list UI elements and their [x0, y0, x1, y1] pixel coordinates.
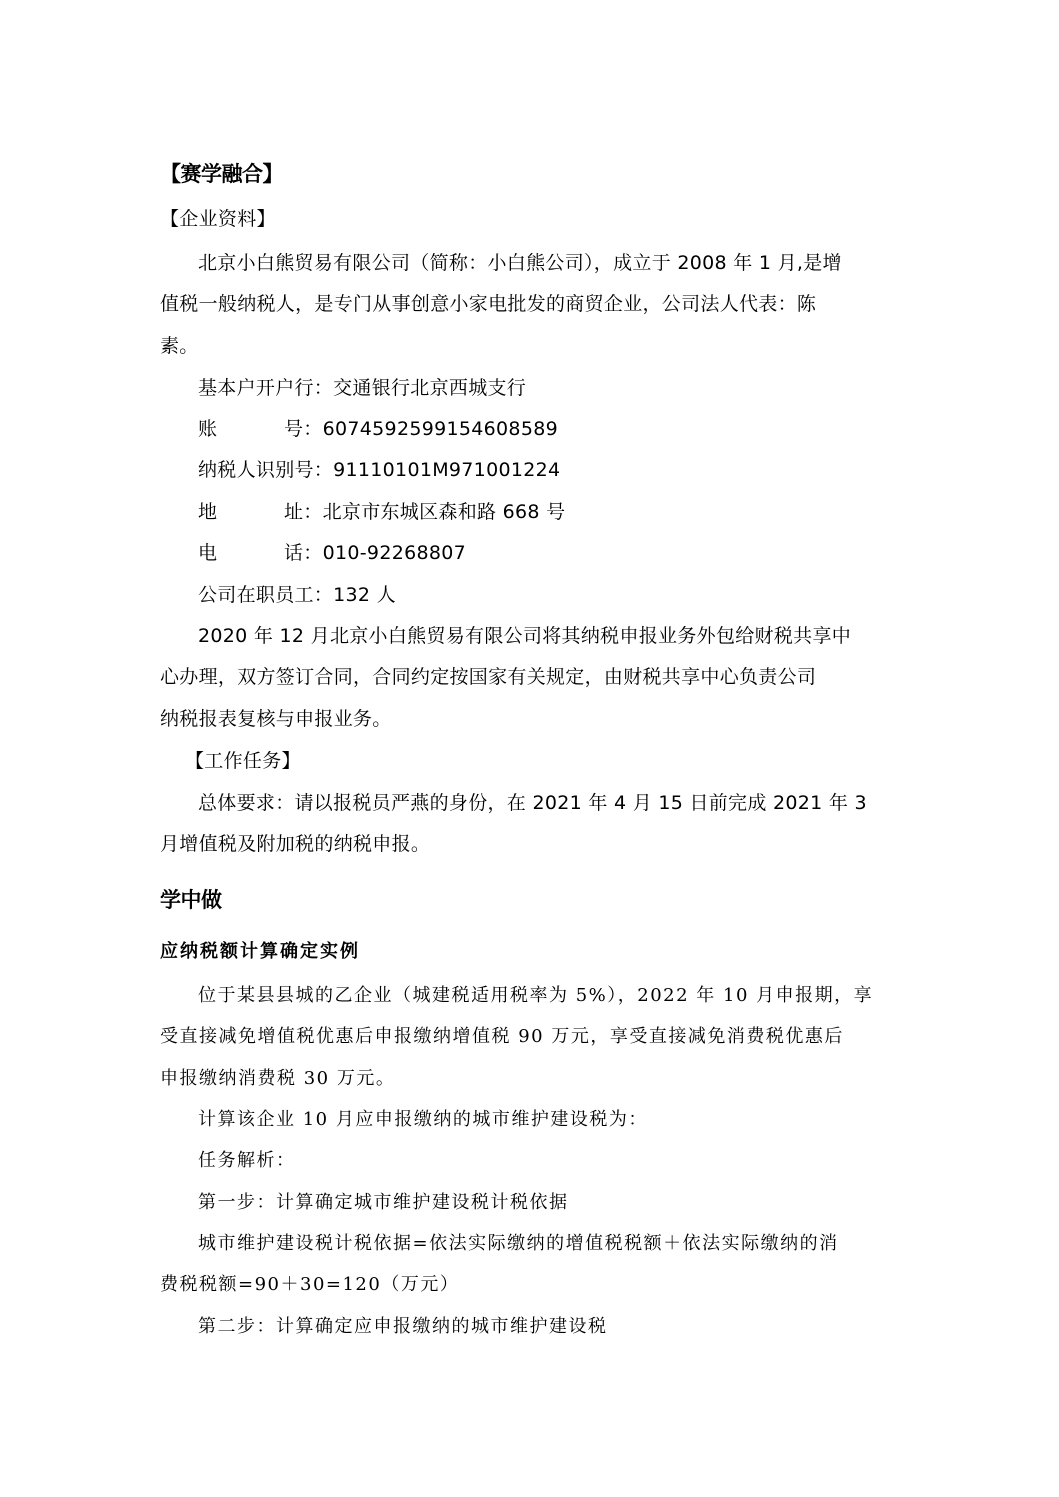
section-title-learn-by-doing: 学中做	[160, 888, 900, 912]
phone-field: 电话：010-92268807	[198, 541, 938, 565]
outsourcing-line-2: 心办理，双方签订合同，合同约定按国家有关规定，由财税共享中心负责公司	[160, 665, 900, 689]
account-field: 账号：6074592599154608589	[198, 417, 938, 441]
task-line-1: 总体要求：请以报税员严燕的身份，在 2021 年 4 月 15 日前完成 202…	[198, 791, 938, 815]
bank-value: 交通银行北京西城支行	[333, 377, 526, 399]
step-2: 第二步：计算确定应申报缴纳的城市维护建设税	[198, 1315, 938, 1339]
phone-label-a: 电	[198, 541, 284, 565]
formula-line-2: 费税税额=90＋30=120（万元）	[160, 1273, 900, 1297]
account-label-a: 账	[198, 417, 284, 441]
staff-value: 132 人	[333, 584, 396, 606]
staff-label: 公司在职员工：	[198, 584, 333, 606]
taxid-field: 纳税人识别号：91110101M971001224	[198, 458, 938, 482]
task-line-2: 月增值税及附加税的纳税申报。	[160, 832, 900, 856]
outsourcing-line-3: 纳税报表复核与申报业务。	[160, 707, 900, 731]
example-line-1: 位于某县县城的乙企业（城建税适用税率为 5%），2022 年 10 月申报期，享	[198, 984, 938, 1008]
address-value: 北京市东城区森和路 668 号	[323, 501, 566, 523]
example-line-2: 受直接减免增值税优惠后申报缴纳增值税 90 万元，享受直接减免消费税优惠后	[160, 1025, 900, 1049]
example-line-3: 申报缴纳消费税 30 万元。	[160, 1067, 900, 1091]
example-subtitle: 应纳税额计算确定实例	[160, 940, 900, 964]
account-value: 6074592599154608589	[323, 418, 558, 440]
bank-label: 基本户开户行：	[198, 377, 333, 399]
phone-value: 010-92268807	[323, 542, 466, 564]
staff-field: 公司在职员工：132 人	[198, 583, 938, 607]
work-task-heading: 【工作任务】	[185, 749, 925, 773]
outsourcing-line-1: 2020 年 12 月北京小白熊贸易有限公司将其纳税申报业务外包给财税共享中	[198, 624, 938, 648]
intro-line-3: 素。	[160, 334, 900, 358]
section-title-competition-integration: 【赛学融合】	[160, 162, 900, 186]
taxid-label: 纳税人识别号：	[198, 459, 333, 481]
intro-line-1: 北京小白熊贸易有限公司（简称：小白熊公司），成立于 2008 年 1 月,是增	[198, 251, 938, 275]
question-line: 计算该企业 10 月应申报缴纳的城市维护建设税为：	[198, 1108, 938, 1132]
address-field: 地址：北京市东城区森和路 668 号	[198, 500, 938, 524]
analysis-label: 任务解析：	[198, 1149, 938, 1173]
bank-field: 基本户开户行：交通银行北京西城支行	[198, 376, 938, 400]
document-page: 【赛学融合】 【企业资料】 北京小白熊贸易有限公司（简称：小白熊公司），成立于 …	[0, 0, 1059, 1497]
taxid-value: 91110101M971001224	[333, 459, 560, 481]
intro-line-2: 值税一般纳税人，是专门从事创意小家电批发的商贸企业，公司法人代表：陈	[160, 292, 900, 316]
phone-label-b: 话：	[284, 542, 323, 564]
address-label-b: 址：	[284, 501, 323, 523]
step-1: 第一步：计算确定城市维护建设税计税依据	[198, 1191, 938, 1215]
address-label-a: 地	[198, 500, 284, 524]
company-info-heading: 【企业资料】	[160, 207, 900, 231]
account-label-b: 号：	[284, 418, 323, 440]
formula-line-1: 城市维护建设税计税依据=依法实际缴纳的增值税税额＋依法实际缴纳的消	[198, 1232, 938, 1256]
